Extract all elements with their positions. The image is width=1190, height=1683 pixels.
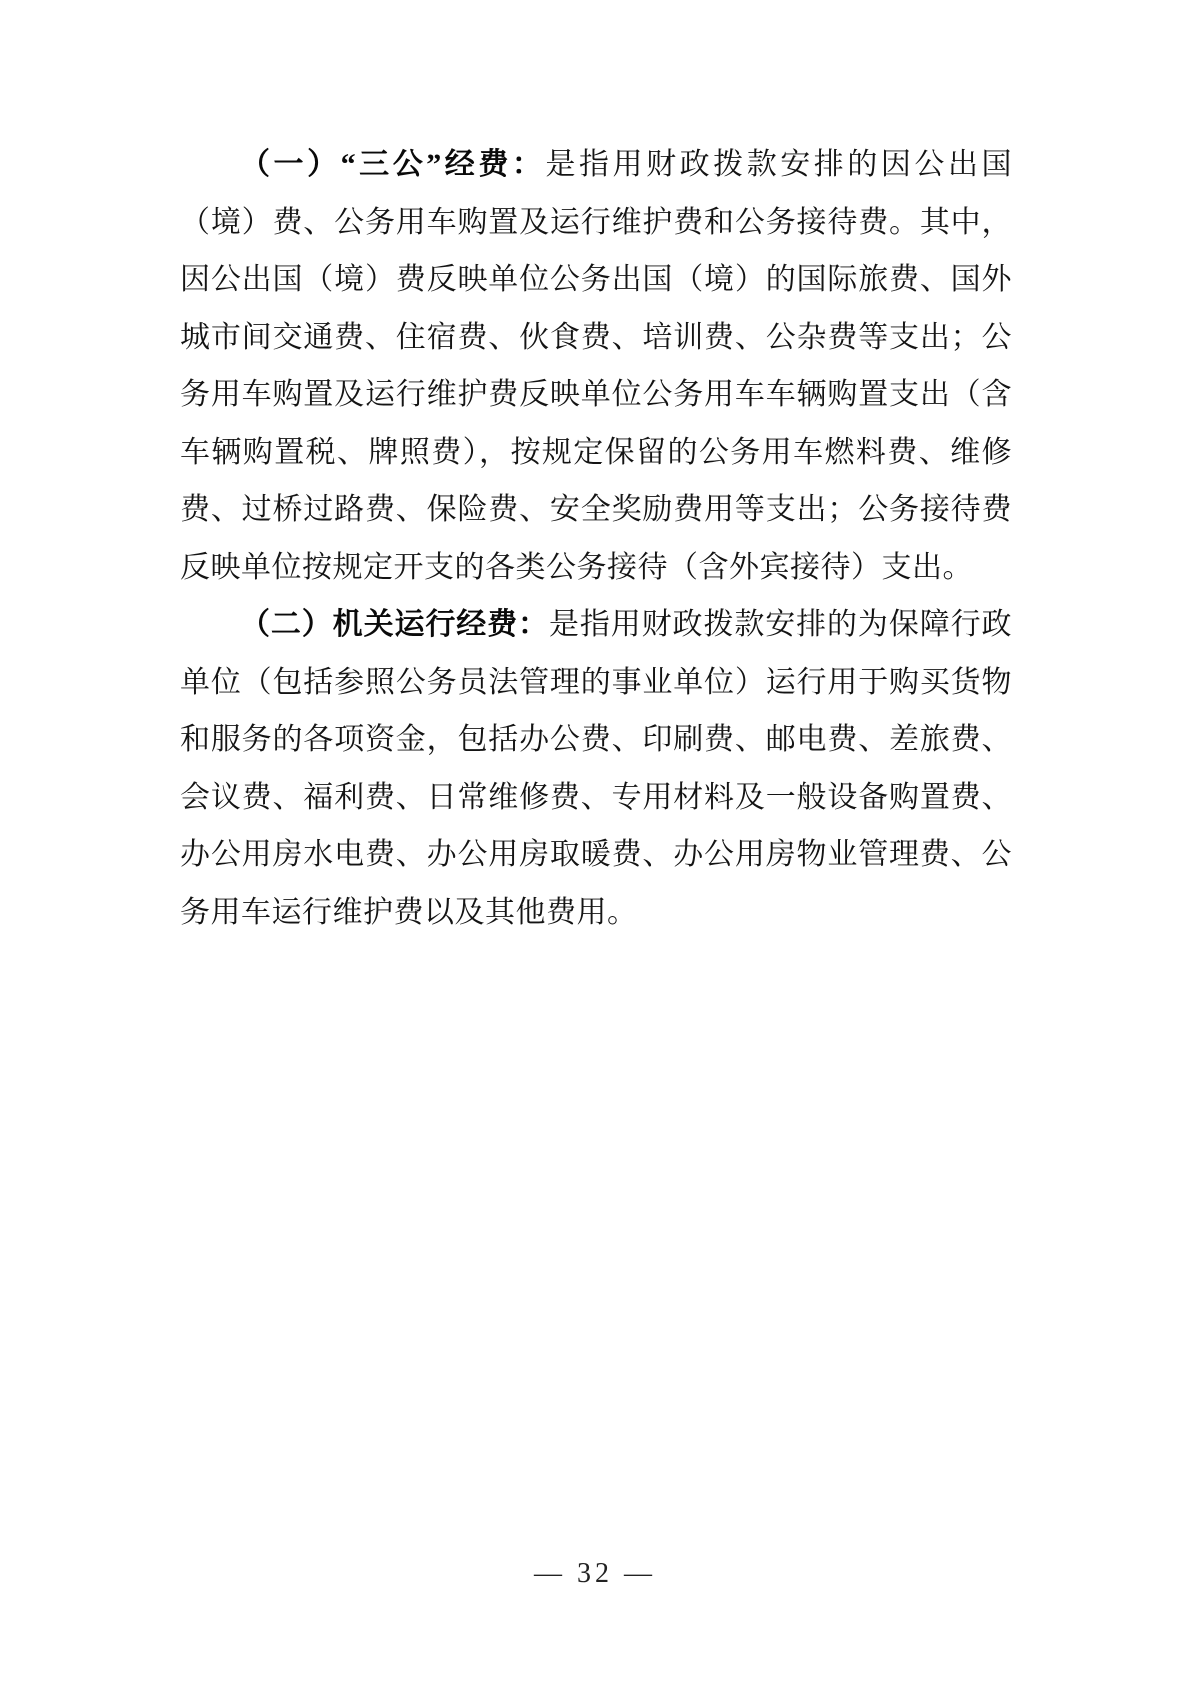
- document-body: （一）“三公”经费：是指用财政拨款安排的因公出国（境）费、公务用车购置及运行维护…: [180, 136, 1012, 941]
- paragraph-sangong-lead: （一）“三公”经费：: [240, 148, 545, 181]
- paragraph-jiguan-text: 是指用财政拨款安排的为保障行政单位（包括参照公务员法管理的事业单位）运行用于购买…: [180, 608, 1012, 929]
- page-number: — 32 —: [0, 1558, 1190, 1590]
- paragraph-sangong-text: 是指用财政拨款安排的因公出国（境）费、公务用车购置及运行维护费和公务接待费。其中…: [180, 148, 1012, 584]
- paragraph-jiguan-expenses: （二）机关运行经费：是指用财政拨款安排的为保障行政单位（包括参照公务员法管理的事…: [180, 596, 1012, 941]
- document-page: （一）“三公”经费：是指用财政拨款安排的因公出国（境）费、公务用车购置及运行维护…: [0, 0, 1190, 1683]
- paragraph-jiguan-lead: （二）机关运行经费：: [240, 608, 549, 641]
- paragraph-sangong-expenses: （一）“三公”经费：是指用财政拨款安排的因公出国（境）费、公务用车购置及运行维护…: [180, 136, 1012, 596]
